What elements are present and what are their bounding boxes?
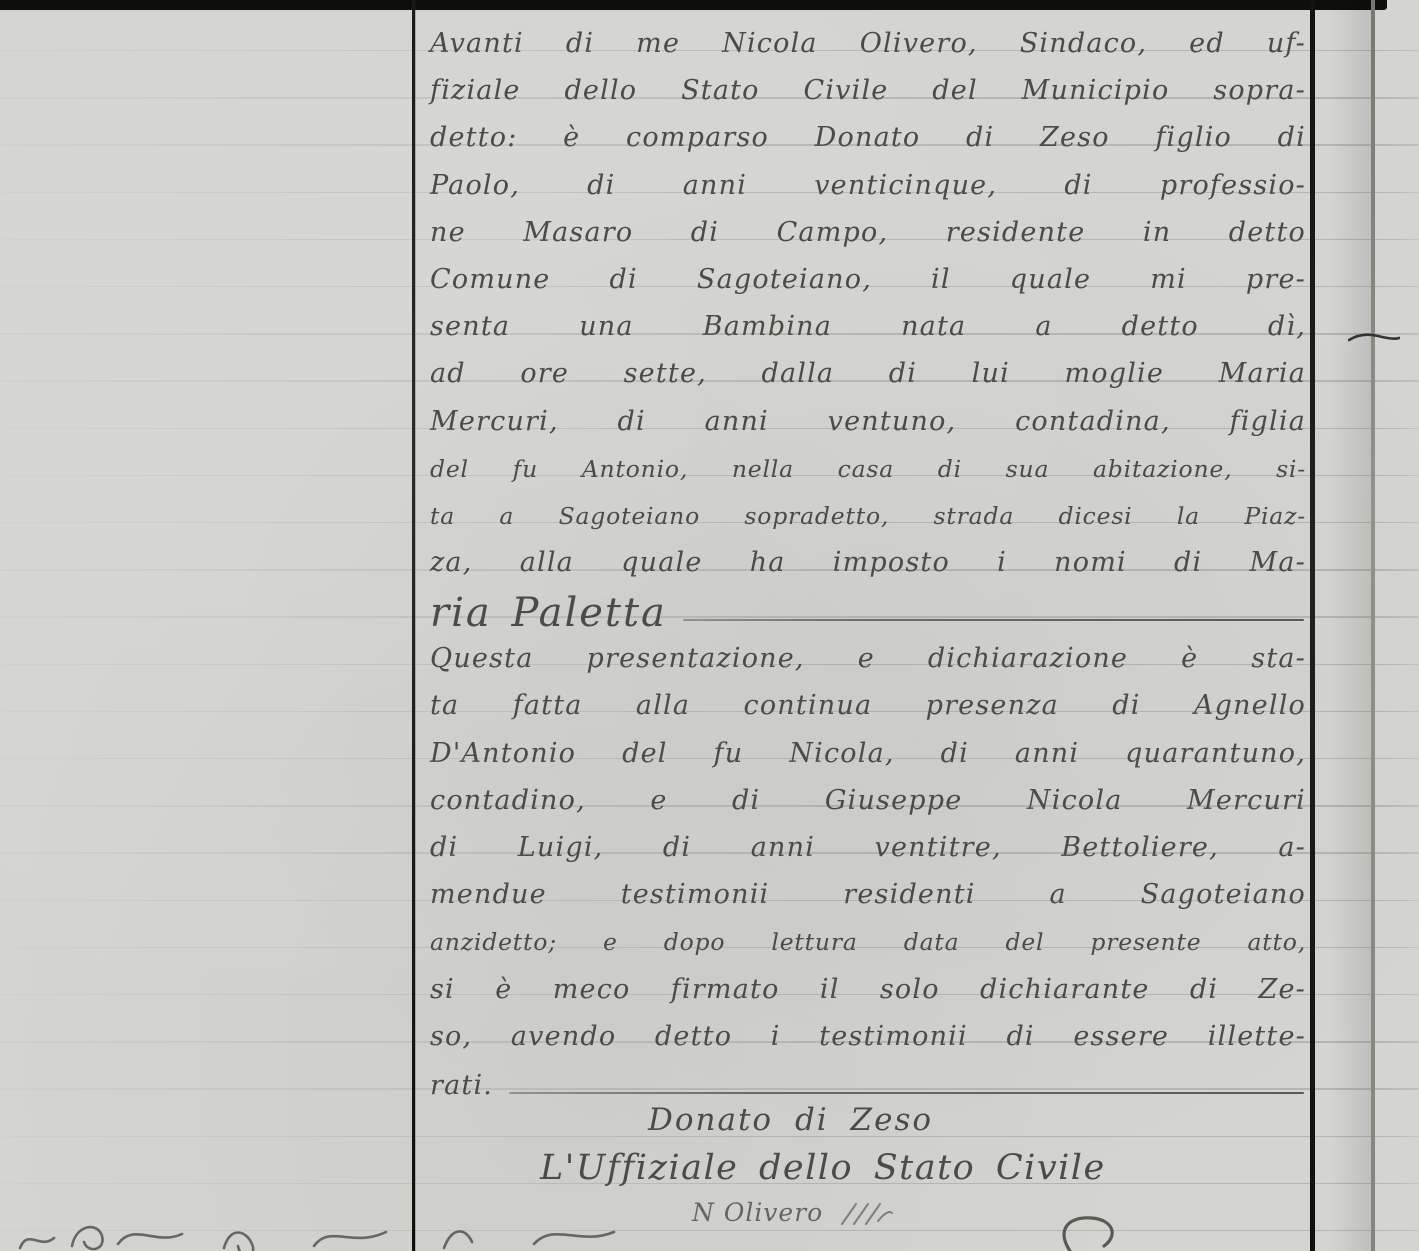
manuscript-line: ne Masaro di Campo, residente in detto	[430, 211, 1306, 258]
manuscript-line-text: so, avendo detto i testimonii di essere …	[430, 1015, 1306, 1059]
manuscript-line: Avanti di me Nicola Olivero, Sindaco, ed…	[430, 22, 1306, 69]
manuscript-line: del fu Antonio, nella casa di sua abitaz…	[430, 447, 1306, 494]
manuscript-line-text: ta a Sagoteiano sopradetto, strada dices…	[430, 494, 1306, 538]
manuscript-line: senta una Bambina nata a detto dì,	[430, 305, 1306, 352]
manuscript-line-text: ria Paletta	[430, 591, 667, 635]
cut-off-signature-flourish	[1052, 1216, 1148, 1251]
manuscript-line-text: Mercuri, di anni ventuno, contadina, fig…	[430, 400, 1306, 444]
declarant-signature: Donato di Zeso	[648, 1102, 933, 1138]
register-page: Avanti di me Nicola Olivero, Sindaco, ed…	[0, 0, 1419, 1251]
official-title-line: L'Uffiziale dello Stato Civile	[540, 1148, 1106, 1188]
manuscript-line: Mercuri, di anni ventuno, contadina, fig…	[430, 400, 1306, 447]
manuscript-line-text: si è meco firmato il solo dichiarante di…	[430, 968, 1306, 1012]
manuscript-line-text: detto: è comparso Donato di Zeso figlio …	[430, 116, 1306, 160]
manuscript-line: anzidetto; e dopo lettura data del prese…	[430, 920, 1306, 967]
manuscript-line: contadino, e di Giuseppe Nicola Mercuri	[430, 779, 1306, 826]
manuscript-line-text: ad ore sette, dalla di lui moglie Maria	[430, 352, 1306, 396]
manuscript-line-text: di Luigi, di anni ventitre, Bettoliere, …	[430, 826, 1306, 870]
manuscript-line: mendue testimonii residenti a Sagoteiano	[430, 873, 1306, 920]
manuscript-line-text: del fu Antonio, nella casa di sua abitaz…	[430, 447, 1306, 491]
manuscript-line: detto: è comparso Donato di Zeso figlio …	[430, 116, 1306, 163]
manuscript-line: Questa presentazione, e dichiarazione è …	[430, 637, 1306, 684]
margin-tick-mark	[1348, 330, 1400, 346]
manuscript-line-text: anzidetto; e dopo lettura data del prese…	[430, 920, 1306, 964]
manuscript-line: ta a Sagoteiano sopradetto, strada dices…	[430, 494, 1306, 541]
manuscript-line-text: D'Antonio del fu Nicola, di anni quarant…	[430, 732, 1306, 776]
manuscript-line: D'Antonio del fu Nicola, di anni quarant…	[430, 732, 1306, 779]
manuscript-line-text: Questa presentazione, e dichiarazione è …	[430, 637, 1306, 681]
manuscript-line: ta fatta alla continua presenza di Agnel…	[430, 684, 1306, 731]
manuscript-line-text: contadino, e di Giuseppe Nicola Mercuri	[430, 779, 1306, 823]
page-fold-shadow	[1330, 0, 1372, 1251]
manuscript-text-block: Avanti di me Nicola Olivero, Sindaco, ed…	[430, 22, 1306, 1109]
manuscript-line-text: Paolo, di anni venticinque, di professio…	[430, 164, 1306, 208]
manuscript-line: ria Paletta	[430, 588, 1306, 637]
manuscript-line-text: ta fatta alla continua presenza di Agnel…	[430, 684, 1306, 728]
manuscript-line-text: fiziale dello Stato Civile del Municipio…	[430, 69, 1306, 113]
official-signature: N Olivero	[692, 1198, 894, 1227]
manuscript-line: so, avendo detto i testimonii di essere …	[430, 1015, 1306, 1062]
line-filler-stroke	[683, 619, 1304, 621]
manuscript-line-text: Avanti di me Nicola Olivero, Sindaco, ed…	[430, 22, 1306, 66]
manuscript-line-text: ne Masaro di Campo, residente in detto	[430, 211, 1306, 255]
official-signature-text: N Olivero	[692, 1198, 823, 1227]
left-margin-rule	[412, 0, 415, 1251]
manuscript-line-text: senta una Bambina nata a detto dì,	[430, 305, 1306, 349]
manuscript-line-text: za, alla quale ha imposto i nomi di Ma-	[430, 541, 1306, 585]
manuscript-line: za, alla quale ha imposto i nomi di Ma-	[430, 541, 1306, 588]
manuscript-line: di Luigi, di anni ventitre, Bettoliere, …	[430, 826, 1306, 873]
manuscript-line-text: mendue testimonii residenti a Sagoteiano	[430, 873, 1306, 917]
manuscript-line: ad ore sette, dalla di lui moglie Maria	[430, 352, 1306, 399]
right-margin-rule	[1310, 0, 1315, 1251]
manuscript-line: Comune di Sagoteiano, il quale mi pre-	[430, 258, 1306, 305]
manuscript-line: si è meco firmato il solo dichiarante di…	[430, 968, 1306, 1015]
cut-off-handwriting-fragment	[14, 1220, 674, 1251]
line-filler-stroke	[509, 1092, 1304, 1094]
manuscript-line-text: Comune di Sagoteiano, il quale mi pre-	[430, 258, 1306, 302]
scan-top-edge	[0, 0, 1387, 10]
signature-flourish-icon	[838, 1203, 894, 1225]
manuscript-line: fiziale dello Stato Civile del Municipio…	[430, 69, 1306, 116]
manuscript-line: Paolo, di anni venticinque, di professio…	[430, 164, 1306, 211]
page-edge-line	[1371, 0, 1375, 1251]
manuscript-line-text: rati.	[430, 1064, 493, 1108]
